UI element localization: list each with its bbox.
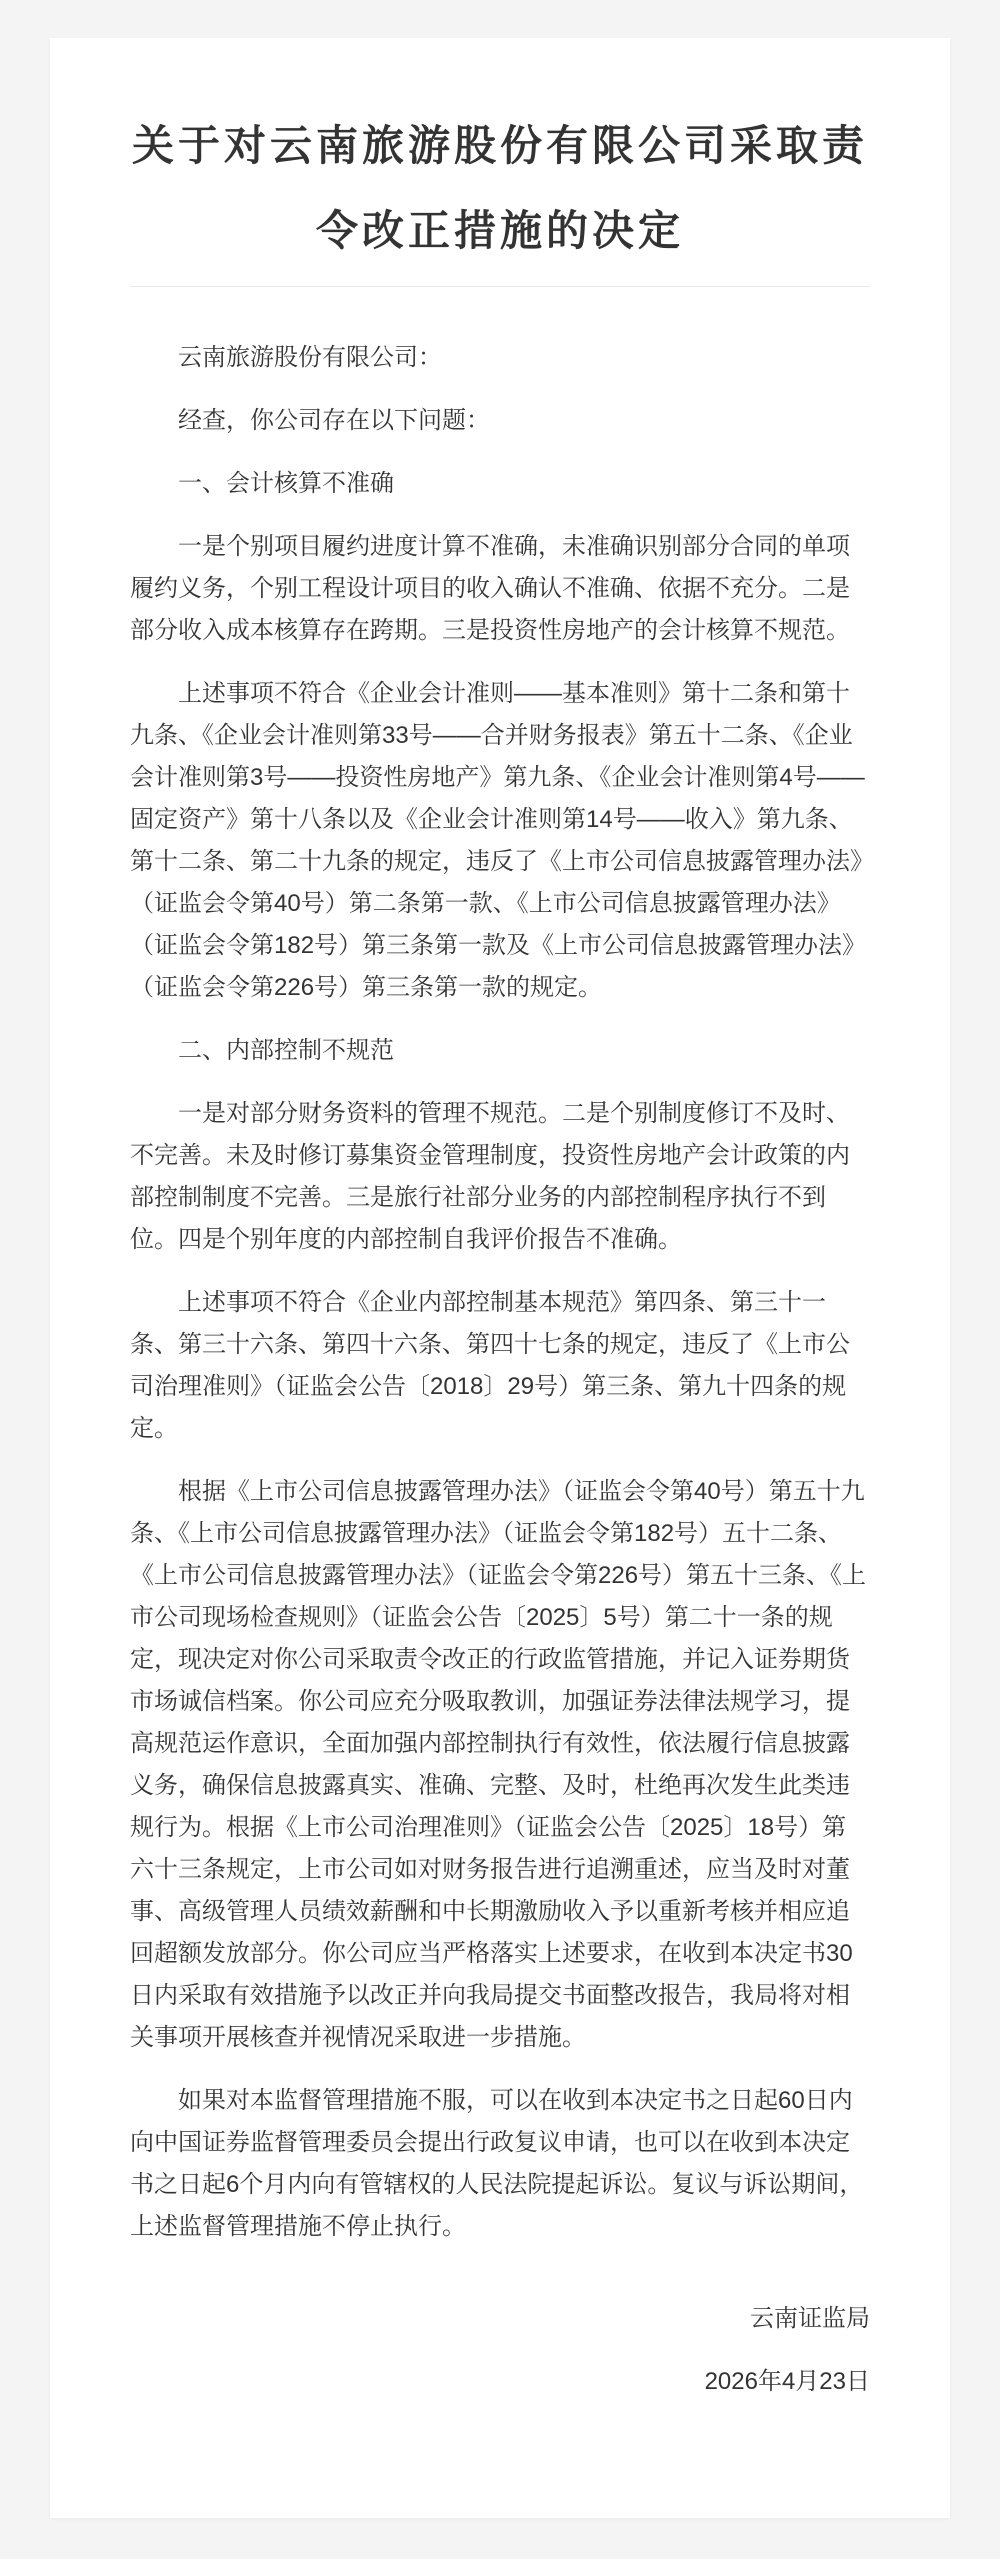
title-divider	[130, 286, 870, 287]
document-title: 关于对云南旅游股份有限公司采取责令改正措施的决定	[130, 103, 870, 273]
section-1-heading: 一、会计核算不准确	[130, 463, 870, 505]
intro-paragraph: 经查，你公司存在以下问题：	[130, 400, 870, 442]
salutation: 云南旅游股份有限公司：	[130, 337, 870, 379]
section-1-findings: 一是个别项目履约进度计算不准确，未准确识别部分合同的单项履约义务，个别工程设计项…	[130, 526, 870, 652]
section-2-findings: 一是对部分财务资料的管理不规范。二是个别制度修订不及时、不完善。未及时修订募集资…	[130, 1093, 870, 1261]
section-2-heading: 二、内部控制不规范	[130, 1030, 870, 1072]
section-2-legal-basis: 上述事项不符合《企业内部控制基本规范》第四条、第三十一条、第三十六条、第四十六条…	[130, 1282, 870, 1450]
document-card: 关于对云南旅游股份有限公司采取责令改正措施的决定 云南旅游股份有限公司： 经查，…	[50, 38, 950, 2518]
issue-date: 2026年4月23日	[130, 2361, 870, 2403]
issuer-signature: 云南证监局	[130, 2298, 870, 2340]
section-1-legal-basis: 上述事项不符合《企业会计准则——基本准则》第十二条和第十九条、《企业会计准则第3…	[130, 673, 870, 1009]
appeal-paragraph: 如果对本监督管理措施不服，可以在收到本决定书之日起60日内向中国证券监督管理委员…	[130, 2080, 870, 2248]
decision-paragraph: 根据《上市公司信息披露管理办法》（证监会令第40号）第五十九条、《上市公司信息披…	[130, 1471, 870, 2059]
document-body: 云南旅游股份有限公司： 经查，你公司存在以下问题： 一、会计核算不准确 一是个别…	[130, 337, 870, 2248]
page-background: { "colors": { "page_background": "#f4f4f…	[0, 0, 1000, 2559]
